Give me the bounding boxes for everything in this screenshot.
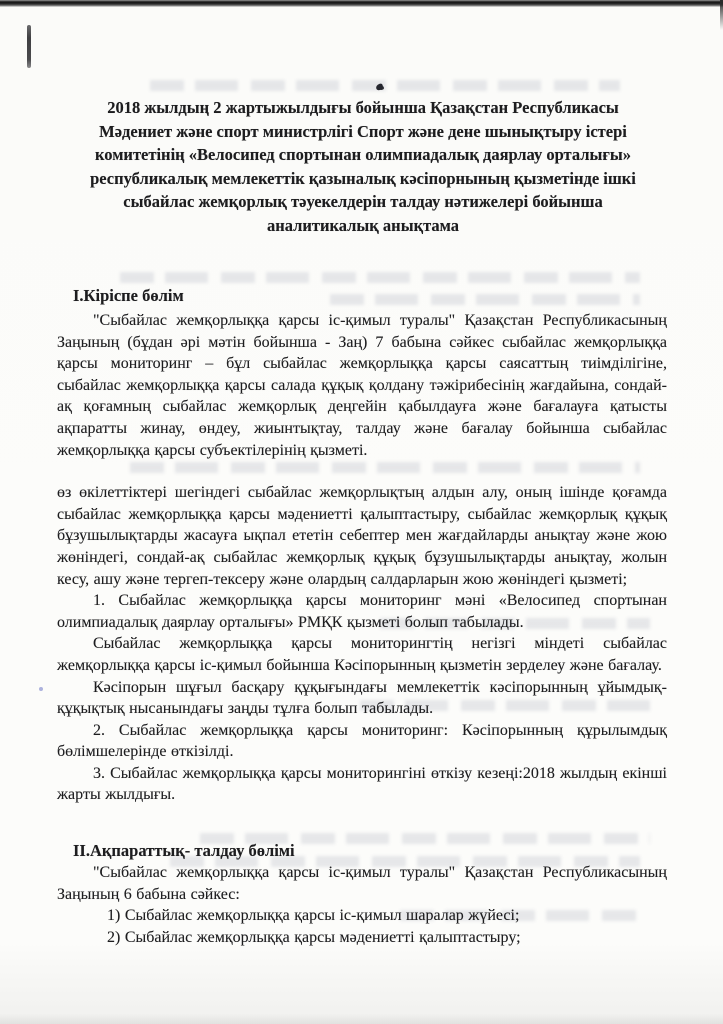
analysis-list-item-2: 2) Сыбайлас жемқорлыққа қарсы мәдениетті… [57,927,667,949]
intro-paragraph-enterprise-form: Кәсіпорын шұғыл басқару құқығындағы мемл… [57,677,667,720]
analysis-list-item-1: 1) Сыбайлас жемқорлыққа қарсы іс-қимыл ш… [57,905,667,927]
document-content: 2018 жылдың 2 жартыжылдығы бойынша Қазақ… [57,0,667,948]
intro-paragraph-powers: өз өкілеттіктері шегіндегі сыбайлас жемқ… [57,482,667,590]
pen-mark [27,25,31,68]
scanned-document-page: 2018 жылдың 2 жартыжылдығы бойынша Қазақ… [0,0,723,1024]
intro-item-3-monitoring-period: 3. Сыбайлас жемқорлыққа қарсы мониторинг… [57,763,667,806]
scanner-bottom-edge [0,1014,723,1024]
intro-item-2-monitoring-scope: 2. Сыбайлас жемқорлыққа қарсы мониторинг… [57,720,667,763]
section-heading-intro: I.Кіріспе бөлім [57,285,667,307]
ink-dot [39,687,43,691]
intro-paragraph-monitoring-task: Сыбайлас жемқорлыққа қарсы мониторингтің… [57,633,667,676]
intro-paragraph-law-definition: "Сыбайлас жемқорлыққа қарсы іс-қимыл тур… [57,310,667,461]
document-title: 2018 жылдың 2 жартыжылдығы бойынша Қазақ… [79,96,647,237]
section-heading-analysis: II.Ақпараттық- талдау бөлімі [57,840,667,862]
analysis-paragraph-law-article6: "Сыбайлас жемқорлыққа қарсы іс-қимыл тур… [57,862,667,905]
intro-item-1-monitoring-subject: 1. Сыбайлас жемқорлыққа қарсы мониторинг… [57,590,667,633]
